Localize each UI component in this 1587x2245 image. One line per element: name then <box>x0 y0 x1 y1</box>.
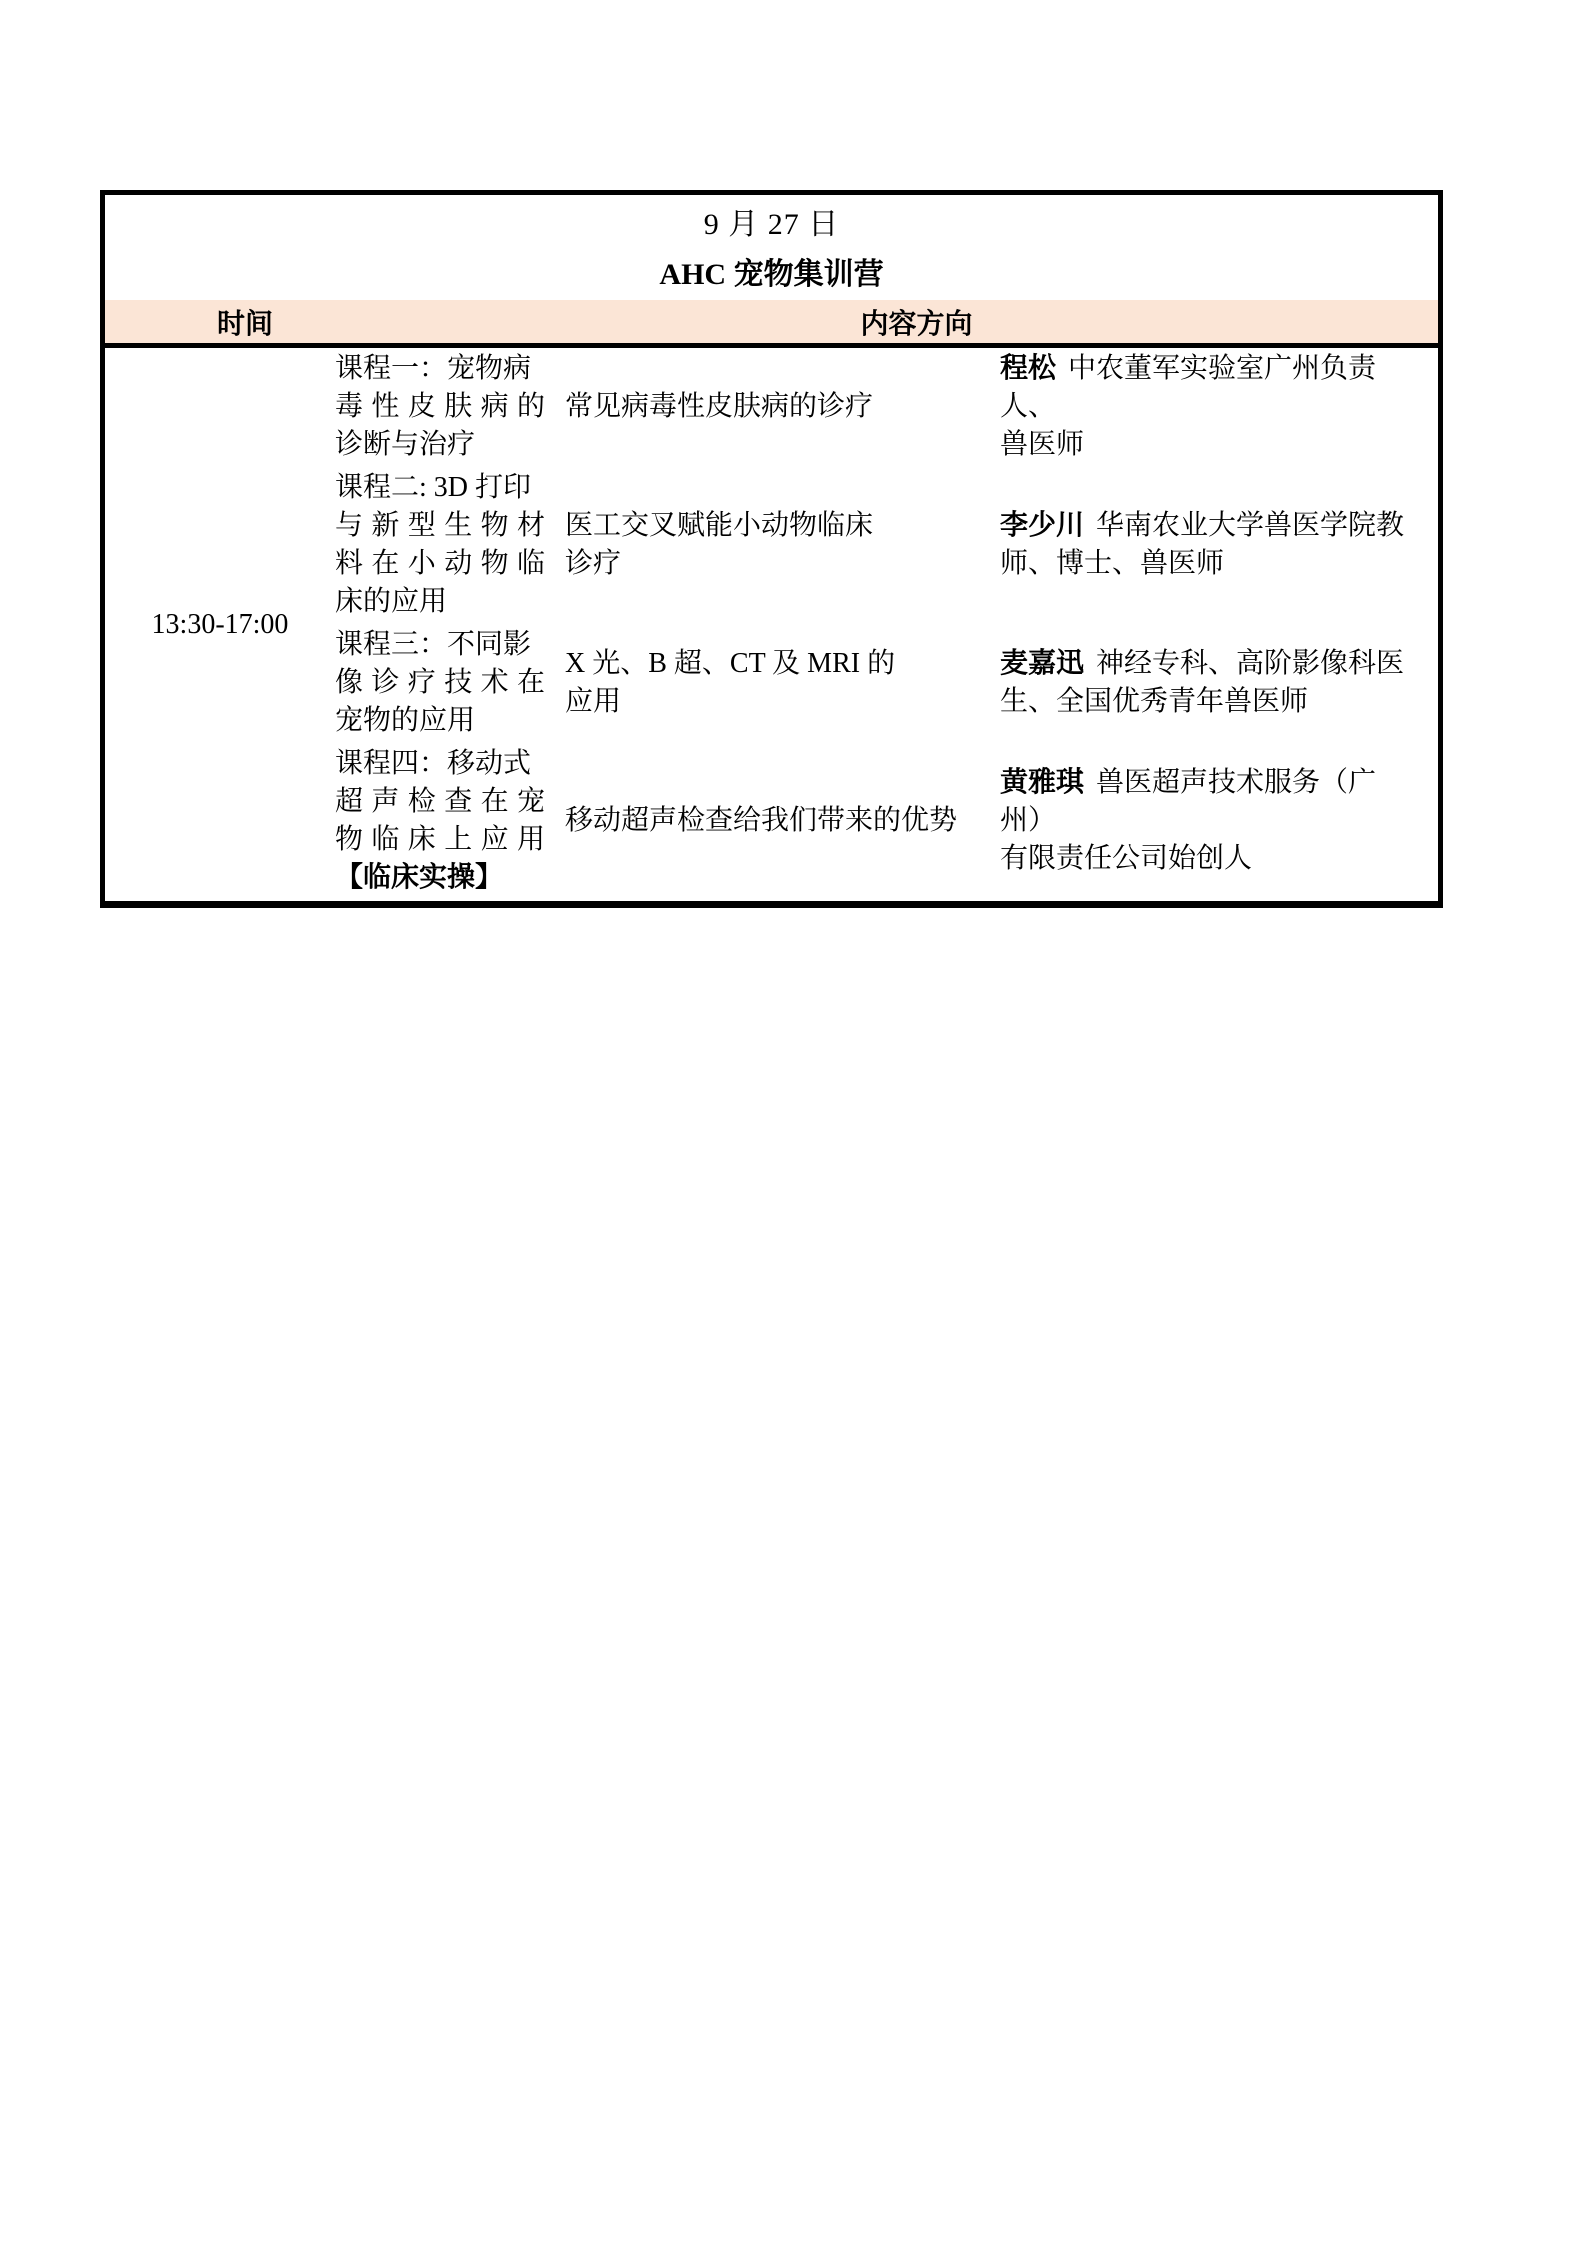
speaker-name: 程松 <box>1000 353 1056 384</box>
time-column-header: 时间 <box>130 300 360 343</box>
course-title-line: 宠物的应用 <box>335 702 545 740</box>
course-title-cell: 课程二: 3D 打印 与新型生物材 料在小动物临 床的应用 <box>335 469 555 621</box>
course-title-cell: 课程三：不同影 像诊疗技术在 宠物的应用 <box>335 626 555 740</box>
speaker-name: 麦嘉迅 <box>1000 648 1084 679</box>
course-title-line: 超声检查在宠 <box>335 783 545 821</box>
course-row-2: 课程二: 3D 打印 与新型生物材 料在小动物临 床的应用 医工交叉赋能小动物临… <box>335 469 1438 621</box>
course-title-line: 课程二: 3D 打印 <box>335 469 545 507</box>
speaker-cell: 程松中农董军实验室广州负责人、 兽医师 <box>990 350 1438 464</box>
speaker-cell: 李少川华南农业大学兽医学院教 师、博士、兽医师 <box>990 469 1438 621</box>
document-page: { "page": { "background": "#FFFFFF" }, "… <box>0 0 1587 2245</box>
table-title-cell: 9 月 27 日 AHC 宠物集训营 <box>105 195 1438 300</box>
course-topic-text: 医工交叉赋能小动物临床 诊疗 <box>565 507 873 583</box>
course-row-3: 课程三：不同影 像诊疗技术在 宠物的应用 X 光、B 超、CT 及 MRI 的 … <box>335 626 1438 740</box>
speaker-cell: 黄雅琪兽医超声技术服务（广州） 有限责任公司始创人 <box>990 745 1438 897</box>
speaker-name: 黄雅琪 <box>1000 767 1084 798</box>
course-title-line: 课程四：移动式 <box>335 745 545 783</box>
course-topic-cell: 常见病毒性皮肤病的诊疗 <box>555 350 990 464</box>
course-title-line: 与新型生物材 <box>335 507 545 545</box>
course-title-line: 课程一：宠物病 <box>335 350 545 388</box>
speaker-info: 李少川华南农业大学兽医学院教 师、博士、兽医师 <box>1000 507 1404 583</box>
course-title-cell: 课程四：移动式 超声检查在宠 物临床上应用 【临床实操】 <box>335 745 555 897</box>
course-title-line: 床的应用 <box>335 583 545 621</box>
date-title: 9 月 27 日 <box>105 198 1438 252</box>
speaker-info: 麦嘉迅神经专科、高阶影像科医 生、全国优秀青年兽医师 <box>1000 645 1404 721</box>
course-title-line: 像诊疗技术在 <box>335 664 545 702</box>
course-topic-text: 移动超声检查给我们带来的优势 <box>565 802 957 840</box>
course-title-line: 物临床上应用 <box>335 821 545 859</box>
content-column-header: 内容方向 <box>365 300 1468 343</box>
course-topic-cell: 医工交叉赋能小动物临床 诊疗 <box>555 469 990 621</box>
course-topic-cell: 移动超声检查给我们带来的优势 <box>555 745 990 897</box>
speaker-info: 黄雅琪兽医超声技术服务（广州） 有限责任公司始创人 <box>1000 764 1432 878</box>
course-title-cell: 课程一：宠物病 毒性皮肤病的 诊断与治疗 <box>335 350 555 464</box>
speaker-cell: 麦嘉迅神经专科、高阶影像科医 生、全国优秀青年兽医师 <box>990 626 1438 740</box>
course-topic-cell: X 光、B 超、CT 及 MRI 的 应用 <box>555 626 990 740</box>
course-title-line: 毒性皮肤病的 <box>335 388 545 426</box>
camp-title: AHC 宠物集训营 <box>105 252 1438 298</box>
course-title-line: 课程三：不同影 <box>335 626 545 664</box>
course-rows: 课程一：宠物病 毒性皮肤病的 诊断与治疗 常见病毒性皮肤病的诊疗 程松中农董军实… <box>335 348 1438 901</box>
course-row-1: 课程一：宠物病 毒性皮肤病的 诊断与治疗 常见病毒性皮肤病的诊疗 程松中农董军实… <box>335 350 1438 464</box>
course-topic-text: X 光、B 超、CT 及 MRI 的 应用 <box>565 645 895 721</box>
time-range-cell: 13:30-17:00 <box>105 348 335 901</box>
table-header-row: 时间 内容方向 <box>105 300 1438 348</box>
speaker-name: 李少川 <box>1000 510 1084 541</box>
course-title-line: 料在小动物临 <box>335 545 545 583</box>
speaker-description: 中农董军实验室广州负责人、 兽医师 <box>1000 353 1376 460</box>
schedule-table: 9 月 27 日 AHC 宠物集训营 时间 内容方向 13:30-17:00 课… <box>100 190 1443 908</box>
course-topic-text: 常见病毒性皮肤病的诊疗 <box>565 388 873 426</box>
table-body: 13:30-17:00 课程一：宠物病 毒性皮肤病的 诊断与治疗 常见病毒性皮肤… <box>105 348 1438 901</box>
course-title-line: 诊断与治疗 <box>335 426 545 464</box>
speaker-info: 程松中农董军实验室广州负责人、 兽医师 <box>1000 350 1432 464</box>
course-row-4: 课程四：移动式 超声检查在宠 物临床上应用 【临床实操】 移动超声检查给我们带来… <box>335 745 1438 897</box>
course-practice-label: 【临床实操】 <box>335 859 545 897</box>
